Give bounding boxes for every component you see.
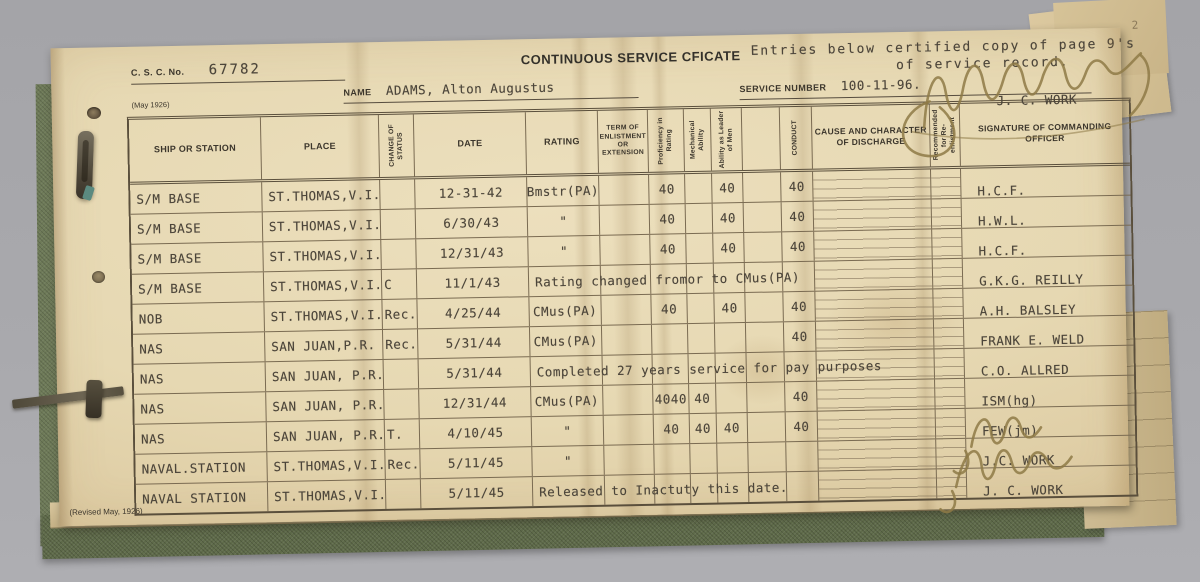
cell-station: NAVAL STATION — [136, 482, 269, 514]
cell-mechanical — [690, 444, 718, 474]
cell-recommended — [932, 199, 963, 229]
cell-discharge — [818, 409, 937, 440]
service-record-table: SHIP OR STATIONPLACECHANGE OF STATUSDATE… — [127, 98, 1138, 516]
cell-proficiency: 40 — [649, 174, 686, 204]
cell-status — [381, 209, 417, 239]
cell-proficiency: 40 — [651, 294, 688, 324]
service-number-value: 100-11-96. — [841, 77, 922, 94]
cell-conduct: 40 — [784, 322, 817, 352]
cell-blank — [743, 172, 782, 202]
revision-note: (Revised May, 1926) — [69, 507, 142, 517]
cell-term — [600, 235, 651, 265]
cell-status — [386, 479, 422, 509]
cell-status — [380, 179, 416, 209]
cell-recommended — [933, 289, 964, 319]
column-header-discharge: CAUSE AND CHARACTER OF DISCHARGE — [812, 104, 931, 168]
certifying-officer-name: J. C. WORK — [997, 92, 1078, 109]
cell-blank — [744, 232, 783, 262]
cell-recommended — [934, 319, 965, 349]
table-body: S/M BASEST.THOMAS,V.I.12-31-42Bmstr(PA)4… — [130, 166, 1136, 514]
cell-term — [604, 445, 655, 475]
cell-status — [381, 239, 417, 269]
cell-rating: " — [528, 236, 601, 266]
name-label: NAME — [343, 87, 371, 98]
cell-discharge — [814, 229, 933, 260]
cell-signature: J. C. WORK — [967, 466, 1137, 498]
cell-date: 6/30/43 — [416, 207, 529, 238]
certification-line-1: Entries below certified copy of page 9's — [751, 36, 1136, 58]
cell-date: 12/31/43 — [416, 237, 529, 268]
cell-date: 12-31-42 — [415, 177, 528, 208]
cell-ability — [717, 443, 749, 473]
cell-term — [601, 295, 652, 325]
cell-signature: ISM(hg) — [965, 376, 1135, 408]
cell-conduct: 40 — [786, 412, 819, 442]
cell-discharge — [817, 379, 936, 410]
cell-date: 12/31/44 — [419, 387, 532, 418]
cell-discharge — [815, 259, 934, 290]
name-value: ADAMS, Alton Augustus — [386, 80, 555, 98]
cell-rating: " — [532, 416, 605, 446]
cell-ability: 40 — [714, 293, 746, 323]
cell-term — [602, 325, 653, 355]
form-number-label: C. S. C. No. — [131, 67, 184, 78]
cell-date: 5/11/45 — [420, 447, 533, 478]
column-header-mechanical: Mechanical Ability — [684, 109, 712, 172]
cell-proficiency: 40 — [650, 204, 687, 234]
cell-ability: 40 — [717, 413, 749, 443]
cell-mechanical: 40 — [690, 414, 718, 444]
cell-ability — [715, 323, 747, 353]
cell-conduct: 40 — [782, 232, 815, 262]
cell-mechanical — [685, 174, 713, 204]
cell-date: 5/31/44 — [418, 327, 531, 358]
cell-conduct: 40 — [782, 202, 815, 232]
page-corner-number: 2 — [1131, 19, 1138, 32]
cell-rating: Bmstr(PA) — [527, 176, 600, 206]
cell-place: ST.THOMAS,V.I. — [268, 480, 387, 511]
cell-mechanical — [686, 204, 714, 234]
cell-proficiency — [654, 444, 691, 474]
cell-rating: " — [528, 206, 601, 236]
cell-date: 4/25/44 — [417, 297, 530, 328]
cell-recommended — [936, 409, 967, 439]
cell-date: 11/1/43 — [417, 267, 530, 298]
cell-station: NOB — [132, 302, 265, 334]
cell-conduct: 40 — [783, 292, 816, 322]
cell-proficiency: 40 — [650, 234, 687, 264]
cell-signature: A.H. BALSLEY — [963, 286, 1133, 318]
cell-status: Rec. — [383, 329, 419, 359]
cell-blank — [744, 202, 783, 232]
cell-conduct: 40 — [785, 382, 818, 412]
cell-place: ST.THOMAS,V.I. — [264, 270, 383, 301]
form-number-value: 67782 — [209, 61, 261, 78]
cell-place: ST.THOMAS,V.I. — [262, 180, 381, 211]
cell-rating: Completed 27 years service for pay purpo… — [531, 356, 604, 386]
cell-recommended — [933, 259, 964, 289]
cell-rating: " — [532, 446, 605, 476]
column-header-conduct: CONDUCT — [780, 107, 813, 170]
cell-discharge — [818, 439, 937, 470]
cell-discharge — [816, 319, 935, 350]
punch-hole-icon — [87, 107, 101, 119]
cell-signature: C.O. ALLRED — [964, 346, 1134, 378]
cell-signature: FEW(jm) — [966, 406, 1136, 438]
cell-proficiency: 4040 — [653, 384, 690, 414]
cell-status: Rec. — [382, 299, 418, 329]
cell-place: ST.THOMAS,V.I. — [267, 450, 386, 481]
cell-recommended — [931, 169, 962, 199]
cell-rating: CMus(PA) — [529, 296, 602, 326]
cell-proficiency: 40 — [654, 414, 691, 444]
cell-term — [599, 175, 650, 205]
cell-conduct — [787, 472, 820, 502]
service-number-label: SERVICE NUMBER — [739, 82, 826, 94]
column-header-place: PLACE — [261, 115, 380, 179]
cell-signature: FRANK E. WELD — [964, 316, 1134, 348]
cell-term — [600, 205, 651, 235]
cell-place: ST.THOMAS,V.I. — [264, 300, 383, 331]
cell-rating: Released to Inactuty this date. — [533, 476, 606, 506]
cell-term — [603, 385, 654, 415]
column-header-ability: Ability as Leader of Men — [711, 108, 743, 171]
cell-signature: H.C.F. — [962, 226, 1132, 258]
cell-station: S/M BASE — [132, 272, 265, 304]
cell-rating: CMus(PA) — [530, 326, 603, 356]
cell-station: NAS — [133, 332, 266, 364]
cell-status: T. — [385, 419, 421, 449]
cell-blank — [747, 382, 786, 412]
cell-status: C — [382, 269, 418, 299]
cell-station: NAS — [134, 362, 267, 394]
cell-rating: Rating changed fromor to CMus(PA) — [529, 266, 602, 296]
cell-date: 5/11/45 — [421, 477, 534, 508]
form-title: CONTINUOUS SERVICE CFICATE — [521, 48, 741, 67]
cell-place: SAN JUAN, P.R. — [267, 420, 386, 451]
cell-recommended — [937, 469, 968, 499]
cell-discharge — [813, 169, 932, 200]
cell-signature: H.C.F. — [961, 166, 1131, 198]
cell-station: S/M BASE — [130, 182, 263, 214]
photo-backdrop: 2 y STER C. S. C. No. 67782 (May 1926) C… — [0, 0, 1200, 582]
name-line: NAME ADAMS, Alton Augustus — [343, 77, 638, 104]
cell-mechanical — [688, 324, 716, 354]
cell-date: 5/31/44 — [419, 357, 532, 388]
cell-term — [604, 415, 655, 445]
cell-recommended — [932, 229, 963, 259]
cell-blank — [746, 322, 785, 352]
cell-place: ST.THOMAS,V.I. — [263, 240, 382, 271]
cell-place: SAN JUAN, P.R. — [266, 360, 385, 391]
cell-ability: 40 — [712, 173, 744, 203]
column-header-term: TERM OF ENLISTMENT OR EXTENSION — [598, 110, 649, 173]
cell-signature: J.C. WORK — [966, 436, 1136, 468]
cell-date: 4/10/45 — [420, 417, 533, 448]
cell-blank — [745, 292, 784, 322]
cell-mechanical — [686, 234, 714, 264]
cell-discharge — [815, 289, 934, 320]
cell-place: ST.THOMAS,V.I. — [263, 210, 382, 241]
cell-mechanical: 40 — [689, 384, 717, 414]
cell-place: SAN JUAN,P.R. — [265, 330, 384, 361]
cell-conduct: 40 — [781, 172, 814, 202]
cell-recommended — [935, 379, 966, 409]
column-header-recommended: Recommended for Re-enlistment — [930, 104, 961, 167]
column-header-blank — [742, 107, 781, 170]
cell-status — [384, 359, 420, 389]
form-number-line: C. S. C. No. 67782 — [131, 59, 345, 85]
cell-status — [384, 389, 420, 419]
binder-buckle-icon — [85, 380, 102, 419]
cell-mechanical — [687, 294, 715, 324]
column-header-date: DATE — [414, 112, 527, 176]
cell-recommended — [936, 439, 967, 469]
cell-discharge — [819, 469, 938, 500]
cell-station: S/M BASE — [131, 212, 264, 244]
cell-ability — [716, 383, 748, 413]
column-header-status: CHANGE OF STATUS — [379, 114, 415, 177]
cell-place: SAN JUAN, P.R. — [266, 390, 385, 421]
column-header-station: SHIP OR STATION — [129, 117, 262, 182]
column-header-signature: SIGNATURE OF COMMANDING OFFICER — [960, 101, 1130, 166]
cell-conduct — [786, 442, 819, 472]
column-header-rating: RATING — [526, 111, 599, 174]
cell-station: NAVAL.STATION — [135, 452, 268, 484]
column-header-proficiency: Proficiency in Rating — [648, 109, 685, 172]
cell-ability: 40 — [713, 233, 745, 263]
cell-proficiency — [652, 324, 689, 354]
cell-status: Rec. — [385, 449, 421, 479]
cell-discharge — [814, 199, 933, 230]
cell-signature: G.K.G. REILLY — [963, 256, 1133, 288]
cell-recommended — [934, 349, 965, 379]
cell-station: S/M BASE — [131, 242, 264, 274]
cell-ability: 40 — [713, 203, 745, 233]
cell-signature: H.W.L. — [962, 196, 1132, 228]
rivet-icon — [92, 271, 105, 283]
cell-blank — [748, 442, 787, 472]
cell-station: NAS — [134, 392, 267, 424]
form-edition-note: (May 1926) — [132, 100, 170, 110]
cell-blank — [748, 412, 787, 442]
cell-rating: CMus(PA) — [531, 386, 604, 416]
certification-line-2: of service record. — [896, 55, 1070, 73]
service-record-page: C. S. C. No. 67782 (May 1926) CONTINUOUS… — [51, 28, 1130, 526]
cell-station: NAS — [135, 422, 268, 454]
